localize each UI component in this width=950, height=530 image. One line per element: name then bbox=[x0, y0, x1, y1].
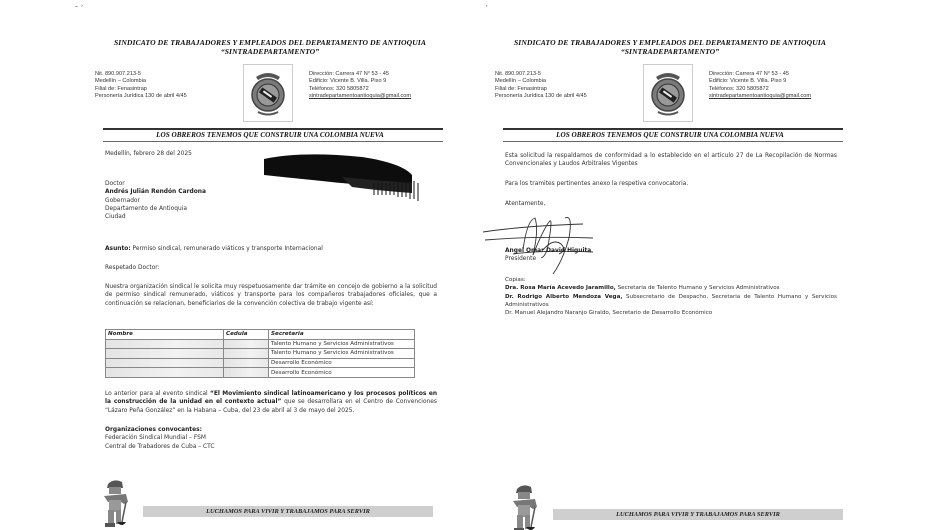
union-seal-icon bbox=[643, 64, 693, 122]
recipient-position: Gobernador bbox=[105, 197, 437, 205]
org-name-header: SINDICATO DE TRABAJADORES Y EMPLEADOS DE… bbox=[95, 38, 445, 56]
cell-name-redacted: [redacted] bbox=[106, 349, 224, 359]
letter-page-2: ˊ SINDICATO DE TRABAJADORES Y EMPLEADOS … bbox=[495, 0, 855, 530]
nit: Nit. 890.907.213-5 bbox=[495, 71, 587, 78]
cell-id-redacted: [redacted] bbox=[224, 358, 269, 368]
cell-name-redacted: [redacted] bbox=[106, 368, 224, 378]
org-name-line2: “SINTRADEPARTAMENTO” bbox=[495, 47, 845, 56]
copy-role: Secretario de Desarrollo Económico bbox=[611, 310, 713, 316]
cell-secretariat: Talento Humano y Servicios Administrativ… bbox=[269, 339, 415, 349]
affiliate: Filial de: Fenasintrap bbox=[95, 86, 187, 93]
signer-block: Angel Omar David Higuita Presidente bbox=[505, 247, 837, 264]
signer-title: Presidente bbox=[505, 255, 837, 263]
copy-name: Dr. Rodrigo Alberto Mendoza Vega, bbox=[505, 294, 622, 300]
body-paragraph: Nuestra organización sindical le solicit… bbox=[105, 283, 437, 308]
table-row: [redacted] [redacted] Desarrollo Económi… bbox=[106, 358, 415, 368]
column-header-secretariat: Secretaria bbox=[269, 330, 415, 340]
annex-paragraph: Para los tramites pertinentes anexo la r… bbox=[505, 180, 837, 188]
cell-id-redacted: [redacted] bbox=[224, 349, 269, 359]
column-header-id: Cedula bbox=[224, 330, 269, 340]
table-header-row: Nombre Cedula Secretaria bbox=[106, 330, 415, 340]
support-paragraph: Esta solicitud la respaldamos de conform… bbox=[505, 152, 837, 169]
closing: Atentamente, bbox=[505, 200, 837, 208]
footer-slogan: LUCHAMOS PARA VIVIR Y TRABAJAMOS PARA SE… bbox=[143, 506, 433, 517]
table-row: [redacted] [redacted] Desarrollo Económi… bbox=[106, 368, 415, 378]
org-info-left: Nit. 890.907.213-5 Medellín – Colombia F… bbox=[495, 71, 587, 100]
recipient-block: Doctor Andrés Julián Rendón Cardona Gobe… bbox=[105, 180, 437, 221]
organizers-block: Organizaciones convocantes: Federación S… bbox=[105, 426, 437, 451]
signature-scribble bbox=[483, 210, 603, 275]
members-table: Nombre Cedula Secretaria [redacted] [red… bbox=[105, 329, 415, 378]
address: Dirección: Carrera 47 N° 53 - 45 bbox=[709, 71, 811, 78]
city: Medellín – Colombia bbox=[495, 78, 587, 85]
header-divider-thin bbox=[103, 141, 443, 142]
recipient-department: Departamento de Antioquia bbox=[105, 205, 437, 213]
column-header-name: Nombre bbox=[106, 330, 224, 340]
copies-label: Copias: bbox=[505, 276, 837, 284]
building: Edificio: Vicente B. Villa. Piso 9 bbox=[709, 78, 811, 85]
organizer-item: Central de Trabadores de Cuba – CTC bbox=[105, 443, 437, 451]
email-link[interactable]: sintradepartamentoantioquia@gmail.com bbox=[709, 93, 811, 100]
phone: Teléfonos: 320 5805872 bbox=[309, 86, 411, 93]
scan-mark: ˉ ˊ bbox=[75, 4, 84, 14]
cell-id-redacted: [redacted] bbox=[224, 368, 269, 378]
event-paragraph: Lo anterior para al evento sindical “El … bbox=[105, 390, 437, 415]
copy-role: Secretaria de Talento Humano y Servicios… bbox=[616, 285, 780, 291]
phone: Teléfonos: 320 5805872 bbox=[709, 86, 811, 93]
legal-status: Personería Jurídica 130 de abril 4/45 bbox=[95, 93, 187, 100]
org-name-line1: SINDICATO DE TRABAJADORES Y EMPLEADOS DE… bbox=[95, 38, 445, 47]
motto: LOS OBREROS TENEMOS QUE CONSTRUIR UNA CO… bbox=[495, 131, 845, 139]
copy-item: Dr. Manuel Alejandro Naranjo Giraldo, Se… bbox=[505, 309, 837, 317]
subject-text: Permiso sindical, remunerado viáticos y … bbox=[133, 246, 323, 252]
header-divider bbox=[503, 128, 843, 130]
recipient-city: Ciudad bbox=[105, 213, 437, 221]
org-info-left: Nit. 890.907.213-5 Medellín – Colombia F… bbox=[95, 71, 187, 100]
subject-line: Asunto: Permiso sindical, remunerado viá… bbox=[105, 245, 437, 253]
worker-with-shovel-icon bbox=[98, 478, 134, 528]
cell-name-redacted: [redacted] bbox=[106, 358, 224, 368]
union-seal-icon bbox=[243, 64, 293, 122]
greeting: Respetado Doctor: bbox=[105, 264, 437, 272]
affiliate: Filial de: Fenasintrap bbox=[495, 86, 587, 93]
legal-status: Personería Jurídica 130 de abril 4/45 bbox=[495, 93, 587, 100]
cell-name-redacted: [redacted] bbox=[106, 339, 224, 349]
letter-page-1: ˉ ˊ SINDICATO DE TRABAJADORES Y EMPLEADO… bbox=[95, 0, 455, 530]
footer-slogan: LUCHAMOS PARA VIVIR Y TRABAJAMOS PARA SE… bbox=[553, 509, 843, 520]
event-intro: Lo anterior para al evento sindical bbox=[105, 391, 210, 397]
building: Edificio: Vicente B. Villa. Piso 9 bbox=[309, 78, 411, 85]
cell-secretariat: Desarrollo Económico bbox=[269, 358, 415, 368]
org-info-right: Dirección: Carrera 47 N° 53 - 45 Edifici… bbox=[309, 71, 411, 100]
header-divider-thin bbox=[503, 141, 843, 142]
worker-with-shovel-icon bbox=[507, 483, 543, 530]
org-name-line2: “SINTRADEPARTAMENTO” bbox=[95, 47, 445, 56]
org-name-header: SINDICATO DE TRABAJADORES Y EMPLEADOS DE… bbox=[495, 38, 845, 56]
copy-name: Dra. Rosa María Acevedo Jaramillo, bbox=[505, 285, 616, 291]
cell-secretariat: Talento Humano y Servicios Administrativ… bbox=[269, 349, 415, 359]
nit: Nit. 890.907.213-5 bbox=[95, 71, 187, 78]
copy-item: Dra. Rosa María Acevedo Jaramillo, Secre… bbox=[505, 284, 837, 292]
signer-name: Angel Omar David Higuita bbox=[505, 247, 837, 255]
city: Medellín – Colombia bbox=[95, 78, 187, 85]
org-info-right: Dirección: Carrera 47 N° 53 - 45 Edifici… bbox=[709, 71, 811, 100]
scan-mark: ˊ bbox=[485, 4, 488, 14]
table-row: [redacted] [redacted] Talento Humano y S… bbox=[106, 349, 415, 359]
address: Dirección: Carrera 47 N° 53 - 45 bbox=[309, 71, 411, 78]
table-row: [redacted] [redacted] Talento Humano y S… bbox=[106, 339, 415, 349]
header-divider bbox=[103, 128, 443, 130]
recipient-title: Doctor bbox=[105, 180, 437, 188]
cell-id-redacted: [redacted] bbox=[224, 339, 269, 349]
motto: LOS OBREROS TENEMOS QUE CONSTRUIR UNA CO… bbox=[95, 131, 445, 139]
copy-item: Dr. Rodrigo Alberto Mendoza Vega, Subsec… bbox=[505, 293, 837, 310]
subject-label: Asunto: bbox=[105, 246, 131, 252]
copies-block: Copias: Dra. Rosa María Acevedo Jaramill… bbox=[505, 276, 837, 317]
organizers-label: Organizaciones convocantes: bbox=[105, 426, 437, 434]
cell-secretariat: Desarrollo Económico bbox=[269, 368, 415, 378]
recipient-name: Andrés Julián Rendón Cardona bbox=[105, 188, 437, 196]
copy-name: Dr. Manuel Alejandro Naranjo Giraldo, bbox=[505, 310, 611, 316]
email-link[interactable]: sintradepartamentoantioquia@gmail.com bbox=[309, 93, 411, 100]
org-name-line1: SINDICATO DE TRABAJADORES Y EMPLEADOS DE… bbox=[495, 38, 845, 47]
organizer-item: Federación Sindical Mundial – FSM bbox=[105, 434, 437, 442]
